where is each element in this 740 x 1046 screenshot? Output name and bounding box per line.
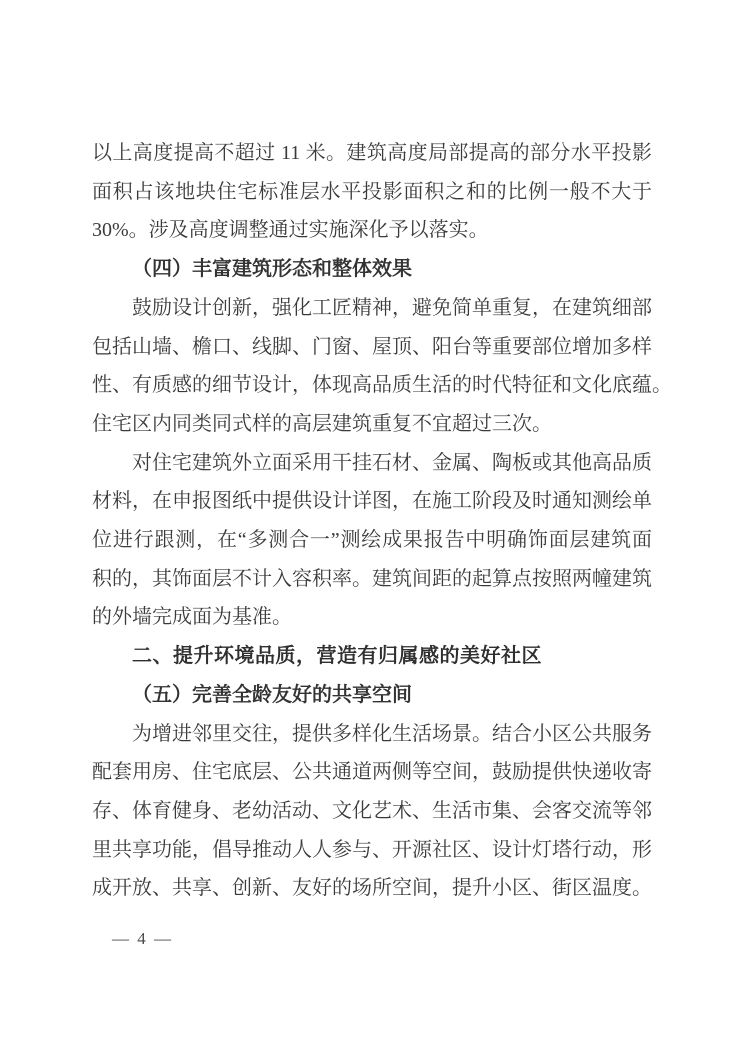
section-heading: （四）丰富建筑形态和整体效果 — [92, 250, 652, 289]
section-heading: （五）完善全龄友好的共享空间 — [92, 676, 652, 715]
text-line: 鼓励设计创新，强化工匠精神，避免简单重复，在建筑细部 — [92, 289, 652, 328]
text-line: 配套用房、住宅底层、公共通道两侧等空间，鼓励提供快递收寄 — [92, 753, 652, 792]
section-heading: 二、提升环境品质，营造有归属感的美好社区 — [92, 637, 652, 676]
paragraph: 鼓励设计创新，强化工匠精神，避免简单重复，在建筑细部包括山墙、檐口、线脚、门窗、… — [92, 289, 652, 444]
text-line: 包括山墙、檐口、线脚、门窗、屋顶、阳台等重要部位增加多样 — [92, 328, 652, 367]
text-line: 位进行跟测，在“多测合一”测绘成果报告中明确饰面层建筑面 — [92, 521, 652, 560]
text-line: 积的，其饰面层不计入容积率。建筑间距的起算点按照两幢建筑 — [92, 560, 652, 599]
text-line: 面积占该地块住宅标准层水平投影面积之和的比例一般不大于 — [92, 173, 652, 212]
text-line: 成开放、共享、创新、友好的场所空间，提升小区、街区温度。 — [92, 869, 652, 908]
text-line: 对住宅建筑外立面采用干挂石材、金属、陶板或其他高品质 — [92, 444, 652, 483]
text-line: 性、有质感的细节设计，体现高品质生活的时代特征和文化底蕴。 — [92, 366, 652, 405]
document-page: 以上高度提高不超过 11 米。建筑高度局部提高的部分水平投影面积占该地块住宅标准… — [0, 0, 740, 1046]
text-line: 以上高度提高不超过 11 米。建筑高度局部提高的部分水平投影 — [92, 134, 652, 173]
text-line: （四）丰富建筑形态和整体效果 — [92, 250, 652, 289]
text-line: 里共享功能，倡导推动人人参与、开源社区、设计灯塔行动，形 — [92, 831, 652, 870]
text-line: 二、提升环境品质，营造有归属感的美好社区 — [92, 637, 652, 676]
paragraph: 以上高度提高不超过 11 米。建筑高度局部提高的部分水平投影面积占该地块住宅标准… — [92, 134, 652, 250]
document-content: 以上高度提高不超过 11 米。建筑高度局部提高的部分水平投影面积占该地块住宅标准… — [92, 134, 652, 908]
text-line: 住宅区内同类同式样的高层建筑重复不宜超过三次。 — [92, 405, 652, 444]
text-line: 30%。涉及高度调整通过实施深化予以落实。 — [92, 211, 652, 250]
text-line: （五）完善全龄友好的共享空间 — [92, 676, 652, 715]
text-line: 为增进邻里交往，提供多样化生活场景。结合小区公共服务 — [92, 715, 652, 754]
page-number: — 4 — — [112, 929, 173, 949]
paragraph: 对住宅建筑外立面采用干挂石材、金属、陶板或其他高品质材料，在申报图纸中提供设计详… — [92, 444, 652, 638]
text-line: 材料，在申报图纸中提供设计详图，在施工阶段及时通知测绘单 — [92, 482, 652, 521]
paragraph: 为增进邻里交往，提供多样化生活场景。结合小区公共服务配套用房、住宅底层、公共通道… — [92, 715, 652, 909]
text-line: 存、体育健身、老幼活动、文化艺术、生活市集、会客交流等邻 — [92, 792, 652, 831]
text-line: 的外墙完成面为基准。 — [92, 598, 652, 637]
